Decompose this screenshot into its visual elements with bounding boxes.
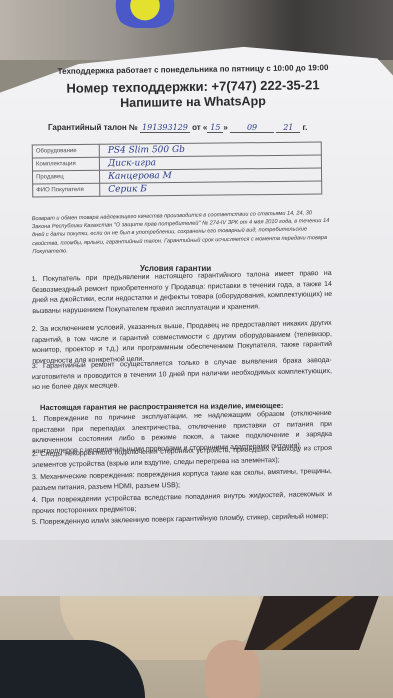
whatsapp-note: Напишите на WhatsApp xyxy=(58,93,328,111)
coupon-year: 21 xyxy=(276,123,300,133)
coupon-year-suffix: г. xyxy=(303,123,308,132)
coupon-from: от « xyxy=(192,123,207,132)
table-row: ФИО Покупателя Серик Б xyxy=(33,181,322,197)
coupon-label: Гарантийный талон № xyxy=(48,123,138,132)
coupon-day-close: » xyxy=(223,123,227,132)
condition-item: 1. Покупатель при предъявлении настоящег… xyxy=(32,269,333,317)
warranty-card: Техподдержка работает с понедельника по … xyxy=(0,0,393,600)
row-label: Комплектация xyxy=(32,157,99,171)
row-label: Оборудование xyxy=(32,144,99,158)
coupon-month: 09 xyxy=(230,123,274,133)
row-label: Продавец xyxy=(33,170,100,184)
row-value: Серик Б xyxy=(100,181,322,196)
condition-item: 3. Гарантийный ремонт осуществляется тол… xyxy=(32,356,333,394)
info-table: Оборудование PS4 Slim 500 Gb Комплектаци… xyxy=(32,141,323,197)
return-notice: Возврат и обмен товара надлежащего качес… xyxy=(32,209,333,256)
support-hours: Техподдержка работает с понедельника по … xyxy=(48,63,338,76)
coupon-number: 191393129 xyxy=(140,123,190,133)
coupon-line: Гарантийный талон № 191393129 от «15» 09… xyxy=(48,123,307,133)
row-label: ФИО Покупателя xyxy=(33,183,100,197)
coupon-day: 15 xyxy=(207,123,223,133)
